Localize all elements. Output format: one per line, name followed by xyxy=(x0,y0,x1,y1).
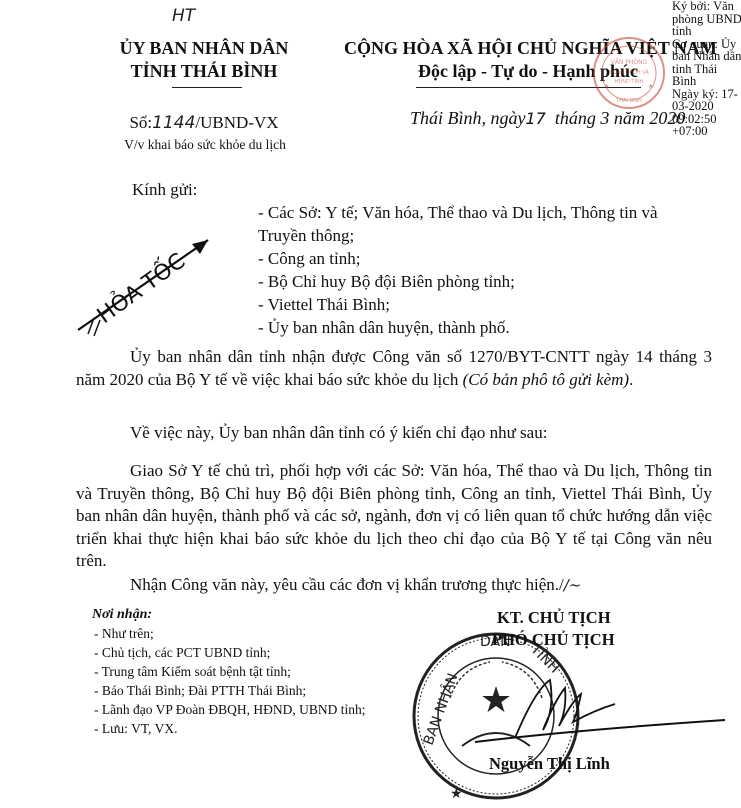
distribution-item: - Lưu: VT, VX. xyxy=(94,721,177,737)
distribution-item: - Như trên; xyxy=(94,626,154,642)
recipient-item: - Bộ Chỉ huy Bộ đội Biên phòng tỉnh; xyxy=(258,272,515,292)
signature-info-line: +07:00 xyxy=(672,125,741,138)
document-number-handwritten: 1144 xyxy=(152,113,195,133)
signature-info-line: 03-2020 xyxy=(672,100,741,113)
date-day-handwritten: 17 xyxy=(526,109,546,128)
recipient-item: - Các Sở: Y tế; Văn hóa, Thể thao và Du … xyxy=(258,203,658,223)
distribution-item: - Trung tâm Kiểm soát bệnh tật tỉnh; xyxy=(94,664,291,680)
distribution-item: - Chủ tịch, các PCT UBND tỉnh; xyxy=(94,645,270,661)
svg-text:★: ★ xyxy=(604,83,609,90)
svg-text:VĂN PHÒNG: VĂN PHÒNG xyxy=(611,59,648,66)
paragraph-1-italic: (Có bản phô tô gửi kèm) xyxy=(463,370,630,389)
distribution-item: - Báo Thái Bình; Đài PTTH Thái Bình; xyxy=(94,683,306,699)
paragraph-4-text: Nhận Công văn này, yêu cầu các đơn vị kh… xyxy=(130,575,564,594)
urgent-stamp-text: HỎA TỐC xyxy=(90,245,190,328)
paragraph-1-end: . xyxy=(629,370,633,389)
date-prefix: Thái Bình, ngày xyxy=(410,108,526,128)
distribution-title: Nơi nhận: xyxy=(92,607,152,623)
svg-text:ĐOÀN ĐBQH VÀ: ĐOÀN ĐBQH VÀ xyxy=(609,69,649,76)
svg-text:HĐND TỈNH: HĐND TỈNH xyxy=(615,77,644,85)
handwritten-initial: /~ xyxy=(564,576,582,594)
organization-line-1: ỦY BAN NHÂN DÂN xyxy=(118,38,290,59)
date-line: Thái Bình, ngày17 tháng 3 năm 2020 xyxy=(410,108,685,129)
signature-info-line: Ký bởi: Văn xyxy=(672,0,741,13)
organization-underline xyxy=(172,87,242,88)
digital-signature-info: Ký bởi: Văn phòng UBND tỉnh Cơ quan: Ủy … xyxy=(672,0,741,138)
signature-title-1: KT. CHỦ TỊCH xyxy=(497,608,611,628)
paragraph-3: Giao Sở Y tế chủ trì, phối hợp với các S… xyxy=(76,460,712,573)
date-suffix: tháng 3 năm 2020 xyxy=(555,108,686,128)
document-subject: V/v khai báo sức khỏe du lịch xyxy=(100,137,310,153)
svg-text:THÁI BÌNH: THÁI BÌNH xyxy=(615,97,642,104)
handwritten-mark: HT xyxy=(172,6,195,26)
document-number-prefix: Số: xyxy=(129,113,152,132)
recipient-item: Truyền thông; xyxy=(258,226,354,246)
signature-info-line: tỉnh xyxy=(672,25,741,38)
document-number-suffix: /UBND-VX xyxy=(195,113,278,132)
distribution-item: - Lãnh đạo VP Đoàn ĐBQH, HĐND, UBND tỉnh… xyxy=(94,702,365,718)
handwritten-signature xyxy=(455,670,741,760)
recipient-item: - Công an tỉnh; xyxy=(258,249,360,269)
document-number: Số:1144/UBND-VX xyxy=(118,113,290,133)
recipient-item: - Viettel Thái Bình; xyxy=(258,295,390,315)
organization-line-2: TỈNH THÁI BÌNH xyxy=(118,61,290,82)
urgent-stamp: HỎA TỐC xyxy=(68,222,218,340)
red-seal-stamp: VĂN PHÒNG ĐOÀN ĐBQH VÀ HĐND TỈNH THÁI BÌ… xyxy=(592,36,666,110)
paragraph-1: Ủy ban nhân dân tỉnh nhận được Công văn … xyxy=(76,346,712,391)
paragraph-4: Nhận Công văn này, yêu cầu các đơn vị kh… xyxy=(76,574,712,597)
signer-name: Nguyễn Thị Lĩnh xyxy=(489,754,610,774)
signature-info-line: Bình xyxy=(672,75,741,88)
recipient-item: - Ủy ban nhân dân huyện, thành phố. xyxy=(258,318,510,338)
recipients-label: Kính gửi: xyxy=(132,180,197,200)
paragraph-2: Về việc này, Ủy ban nhân dân tỉnh có ý k… xyxy=(76,422,712,445)
svg-text:★: ★ xyxy=(648,83,653,90)
svg-text:★: ★ xyxy=(450,787,463,802)
signature-title-2: PHÓ CHỦ TỊCH xyxy=(492,630,615,650)
signature-info-line: ban Nhân dân xyxy=(672,50,741,63)
